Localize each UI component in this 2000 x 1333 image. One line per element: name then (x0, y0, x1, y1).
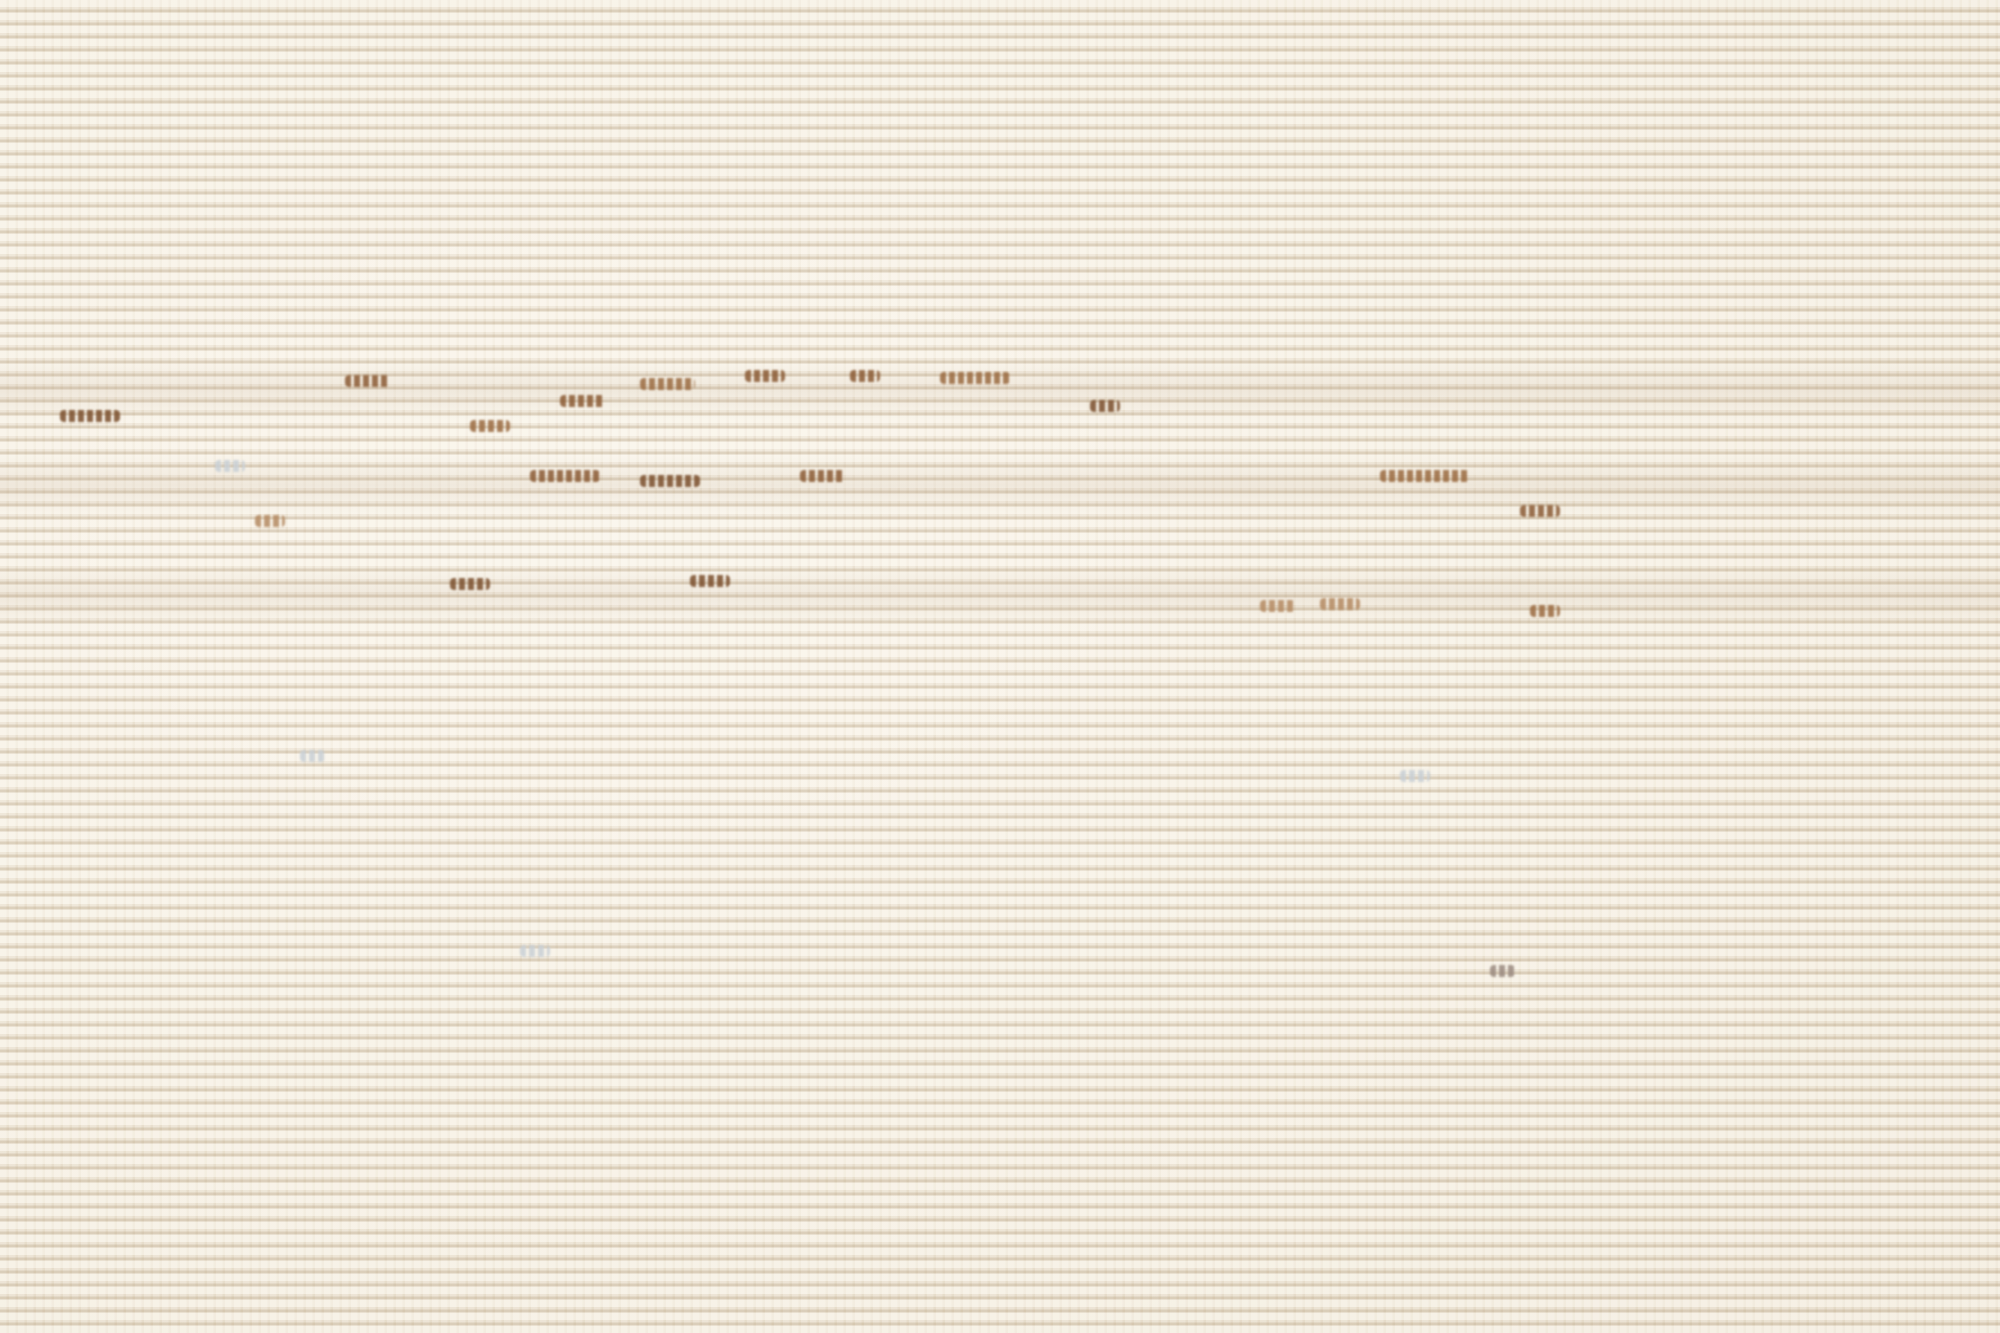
wool-fleck (640, 475, 700, 487)
rug-texture-photo: Close-up of a hand-woven cream wool rug … (0, 0, 2000, 1333)
wool-fleck (640, 378, 695, 390)
wool-fleck (850, 370, 880, 382)
wool-fleck (1260, 600, 1295, 612)
wool-fleck (520, 945, 550, 957)
wool-fleck (745, 370, 785, 382)
fleck-band (0, 455, 2000, 515)
wool-fleck (800, 470, 845, 482)
wool-fleck (470, 420, 510, 432)
wool-fleck (1490, 965, 1515, 977)
fleck-band (0, 565, 2000, 625)
wool-fleck (255, 515, 285, 527)
wool-fleck (530, 470, 600, 482)
wool-fleck (1380, 470, 1470, 482)
wool-fleck (1520, 505, 1560, 517)
wool-fleck (560, 395, 605, 407)
wool-fleck (1090, 400, 1120, 412)
wool-fleck (1400, 770, 1430, 782)
wool-fleck (1320, 598, 1360, 610)
wool-fleck (300, 750, 325, 762)
wool-fleck (345, 375, 390, 387)
wool-fleck (60, 410, 120, 422)
wool-fleck (690, 575, 730, 587)
wool-fleck (215, 460, 245, 472)
wool-fleck (940, 372, 1010, 384)
wool-fleck (450, 578, 490, 590)
fleck-band (0, 360, 2000, 420)
wool-fleck (1530, 605, 1560, 617)
